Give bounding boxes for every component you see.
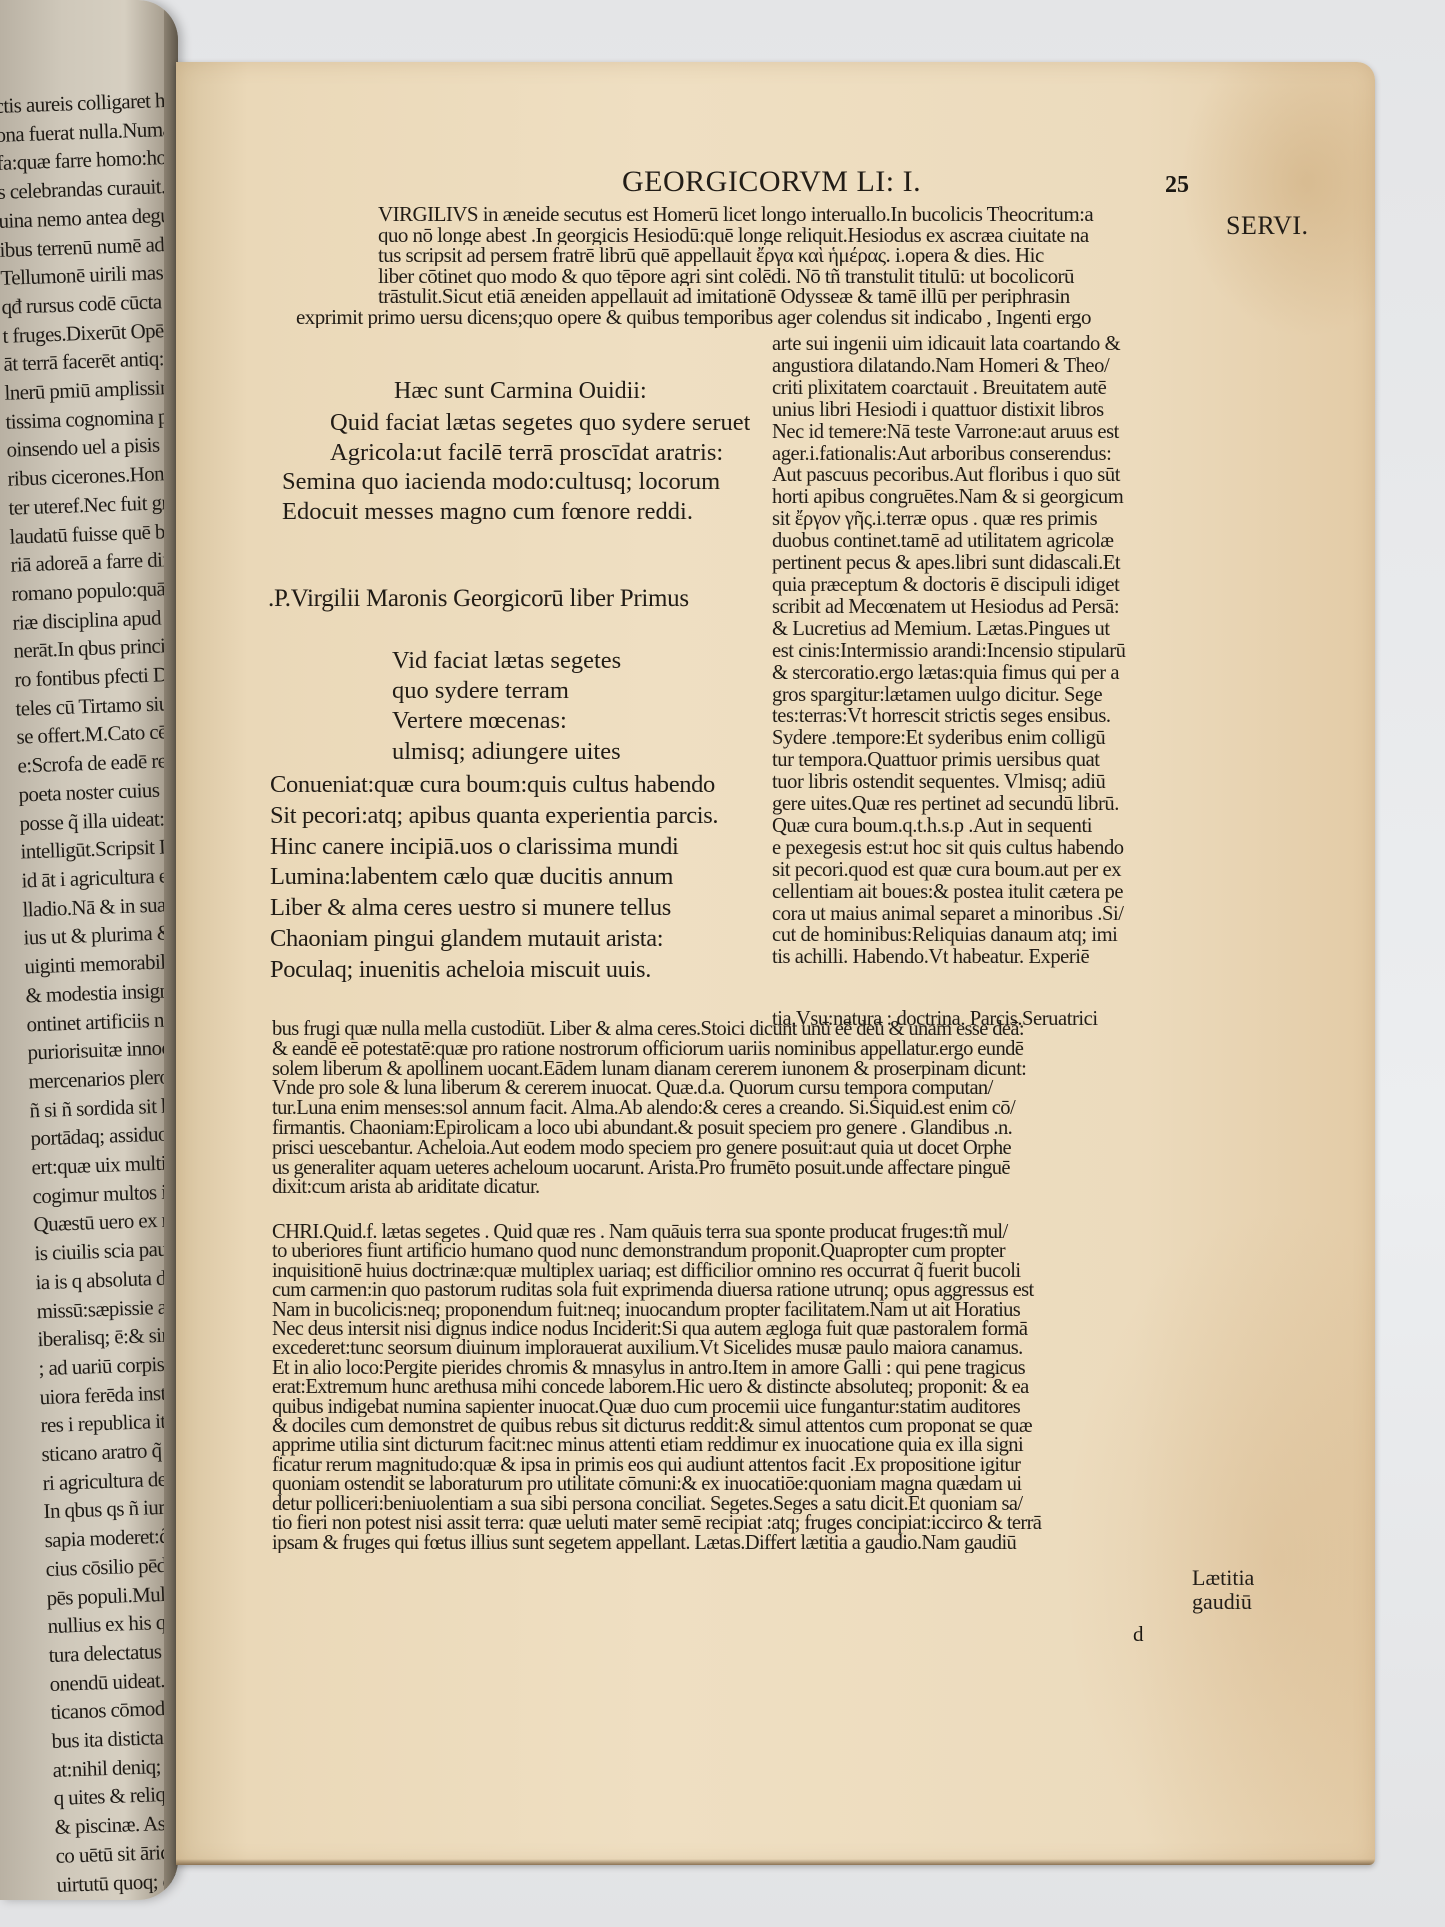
georgics-verse: Conueniat:quæ cura boum:quis cultus habe… (270, 770, 718, 986)
page-edge (176, 1859, 1375, 1865)
text-line: sit ἔργον γῆς.i.terræ opus . quæ res pri… (772, 509, 1188, 531)
verse-line: Vid faciat lætas segetes (392, 646, 621, 676)
text-line: unius libri Hesiodi i quattuor distixit … (772, 400, 1188, 422)
text-line: res i republica itegros pdu (40, 1405, 178, 1440)
text-line: dixit:cum arista ab ariditate dicatur. (272, 1178, 1188, 1198)
text-line: & dociles cum demonstret de quibus rebus… (272, 1417, 1188, 1436)
text-line: & Lucretius ad Memium. Lætas.Pingues ut (772, 619, 1188, 641)
text-line: Quæ cura boum.q.t.h.s.p .Aut in sequenti (772, 816, 1188, 838)
text-line: nullius ex his q uiuūt uīt (47, 1606, 178, 1641)
commentary-bottom: bus frugi quæ nulla mella custodiūt. Lib… (272, 1020, 1188, 1198)
text-line: erat:Extremum hunc arethusa mihi concede… (272, 1378, 1188, 1397)
margin-note-line: Lætitia (1192, 1566, 1254, 1590)
text-line: tura delectatus sit ut pdīs (48, 1634, 178, 1669)
text-line: tio fieri non potest nisi assit terra: q… (272, 1514, 1188, 1533)
text-line: & eandē eē potestatē:quæ pro ratione nos… (272, 1040, 1188, 1060)
text-line: ri agricultura delectati sūt (42, 1462, 178, 1497)
text-line: ipsam & fruges qui fœtus illius sunt seg… (272, 1534, 1188, 1553)
text-line: e pexegesis est:ut hoc sit quis cultus h… (772, 838, 1188, 860)
text-line: bus frugi quæ nulla mella custodiūt. Lib… (272, 1020, 1188, 1040)
verse-opening: Vid faciat lætas segetes quo sydere terr… (392, 646, 621, 767)
text-line: solem liberum & apollinem uocant.Eādem l… (272, 1060, 1188, 1080)
text-line: onendū uideat.Nā & ulla (49, 1663, 178, 1698)
text-line: angustiora dilatando.Nam Homeri & Theo/ (772, 356, 1188, 378)
text-line: ia is q absoluta doctria ca (35, 1261, 178, 1296)
text-line: tur tempora.Quattuor primis uersibus qua… (772, 750, 1188, 772)
text-line: ager.i.fationalis:Aut arboribus conseren… (772, 444, 1188, 466)
text-line: ficatur rerum magnitudo:quæ & ipsa in pr… (272, 1456, 1188, 1475)
text-line: to uberiores fiunt artificio humano quod… (272, 1242, 1188, 1261)
text-line: firmantis. Chaoniam:Epirolicam a loco ub… (272, 1119, 1188, 1139)
text-line: est cinis:Intermissio arandi:Incensio st… (772, 641, 1188, 663)
text-line: ; ad uariū corpis cultū pti (38, 1348, 178, 1383)
text-line: Et in alio loco:Pergite pierides chromis… (272, 1359, 1188, 1378)
verse-line: Sit pecori:atq; apibus quanta experienti… (270, 801, 718, 832)
commentary-line: VIRGILIVS in æneide secutus est Homerū l… (378, 204, 1174, 225)
text-line: Nec id temere:Nā teste Varrone:aut aruus… (772, 422, 1188, 444)
text-line: apprime utilia sint dicturum facit:nec m… (272, 1436, 1188, 1455)
text-line: & piscinæ. Assūt q aqlibus (54, 1807, 178, 1842)
margin-note-laetitia: Lætitia gaudiū (1192, 1566, 1254, 1614)
text-line: sapia moderet:q̃uis cūcti (44, 1520, 178, 1555)
text-line: at:nihil deniq; ñ optie ei re (52, 1749, 178, 1784)
verse-line: ulmisq; adiungere uites (392, 737, 621, 767)
commentary-line: trāstulit.Sicut etiā æneiden appellauit … (378, 286, 1174, 307)
text-line: excederet:tunc seorsum diuinum imploraue… (272, 1339, 1188, 1358)
text-line: bus ita disticta sit eaq uenu (51, 1720, 178, 1755)
running-head: GEORGICORVM LI: I. (622, 165, 921, 199)
text-line: cora ut maius animal separet a minoribus… (772, 904, 1188, 926)
text-line: horti apibus congruētes.Nam & si georgic… (772, 487, 1188, 509)
commentary-line: exprimit primo uersu dicens;quo opere & … (296, 307, 1174, 328)
margin-note-line: gaudiū (1192, 1590, 1254, 1614)
text-line: ticanos cōmodissime rurat (50, 1692, 178, 1727)
text-line: criti plixitatem coarctauit . Breuitatem… (772, 378, 1188, 400)
text-line: quia præceptum & doctoris ē discipuli id… (772, 575, 1188, 597)
text-line: tis achilli. Habendo.Vt habeatur. Experi… (772, 947, 1188, 969)
text-line: cum carmen:in quo pastorum ruditas sola … (272, 1281, 1188, 1300)
commentary-line: liber cōtinet quo modo & quo tēpore agri… (378, 266, 1174, 287)
text-line: iberalisq; ē:& sine cuiusq (37, 1319, 178, 1354)
text-line: Sydere .tempore:Et syderibus enim collig… (772, 728, 1188, 750)
text-line: CHRI.Quid.f. lætas segetes . Quid quæ re… (272, 1223, 1188, 1242)
verse-line: Poculaq; inuenitis acheloia miscuit uuis… (270, 955, 718, 986)
text-line: sit pecori.quod est quæ cura boum.aut pe… (772, 860, 1188, 882)
text-line: quoniam ostendit se laboraturum pro util… (272, 1475, 1188, 1494)
signature-mark: d (1133, 1622, 1144, 1647)
text-line: & modestia insignes cēnt ui (25, 975, 178, 1010)
book-title: .P.Virgilii Maronis Georgicorū liber Pri… (268, 585, 689, 613)
ovid-line: Edocuit messes magno cum fœnore reddi. (282, 497, 750, 527)
servius-commentary-top: VIRGILIVS in æneide secutus est Homerū l… (378, 204, 1174, 328)
text-line: ert:quæ uix multis annis (31, 1147, 178, 1182)
text-line: q uites & reliqs arbores mu (53, 1778, 178, 1813)
text-line: mercenarios plerosq; quæ (28, 1061, 178, 1096)
verse-line: quo sydere terram (392, 676, 621, 706)
text-line: quibus indigebat numina sapienter inuoca… (272, 1398, 1188, 1417)
commentary-line: quo nō longe abest .In georgicis Hesiodū… (378, 225, 1174, 246)
text-line: duobus continet.tamē ad utilitatem agric… (772, 531, 1188, 553)
text-line: prisci uescebantur. Acheloia.Aut eodem m… (272, 1139, 1188, 1159)
text-line: Vnde pro sole & luna liberum & cererem i… (272, 1079, 1188, 1099)
text-line: cellentiam ait boues:& postea itulit cæt… (772, 882, 1188, 904)
verse-line: Hinc canere incipiā.uos o clarissima mun… (270, 832, 718, 863)
text-line: pertinent pecus & apes.libri sunt didasc… (772, 553, 1188, 575)
text-line: cut de hominibus:Reliquias danaum atq; i… (772, 925, 1188, 947)
ovid-line: Quid faciat lætas segetes quo sydere ser… (330, 408, 750, 438)
verse-line: Liber & alma ceres uestro si munere tell… (270, 893, 718, 924)
ovid-heading: Hæc sunt Carmina Ouidii: (394, 378, 647, 405)
text-line: scribit ad Mecœnatem ut Hesiodus ad Pers… (772, 597, 1188, 619)
text-line: In qbus qs ñ iure Laurētiū (43, 1491, 178, 1526)
text-line: sticano aratro q̃ a ciuili de (41, 1434, 178, 1469)
text-line: gere uites.Quæ res pertinet ad secundū l… (772, 794, 1188, 816)
text-line: uiora ferēda instituit.Inui (39, 1376, 178, 1411)
verse-line: Vertere mœcenas: (392, 706, 621, 736)
text-line: Nam in bucolicis:neq; proponendum fuit:n… (272, 1301, 1188, 1320)
text-line: tur.Luna enim menses:sol annum facit. Al… (272, 1099, 1188, 1119)
text-line: cius cōsilio pēdeat:quātu (45, 1548, 178, 1583)
ovid-line: Semina quo iacienda modo:cultusq; locoru… (282, 467, 750, 497)
text-line: tes:terras:Vt horrescit strictis seges e… (772, 706, 1188, 728)
margin-note-servius: SERVI. (1226, 214, 1309, 238)
text-line: Nec deus intersit nisi dignus indice nod… (272, 1320, 1188, 1339)
commentary-right-column: arte sui ingenii uim idicauit lata coart… (772, 334, 1188, 969)
text-line: is ciuilis scia paucis admo (34, 1233, 178, 1268)
ovid-argument: Quid faciat lætas segetes quo sydere ser… (330, 408, 750, 526)
verse-line: Conueniat:quæ cura boum:quis cultus habe… (270, 770, 718, 801)
ovid-line: Agricola:ut facilē terrā proscīdat aratr… (330, 438, 750, 468)
christophorus-commentary: CHRI.Quid.f. lætas segetes . Quid quæ re… (272, 1223, 1188, 1553)
text-line: detur polliceri:beniuolentiam a sua sibi… (272, 1495, 1188, 1514)
text-line: us generaliter aquam ueteres acheloum uo… (272, 1159, 1188, 1179)
verse-line: Chaoniam pingui glandem mutauit arista: (270, 924, 718, 955)
text-line: tuor libris ostendit sequentes. Vlmisq; … (772, 772, 1188, 794)
text-line: inquisitionē huius doctrinæ:quæ multiple… (272, 1262, 1188, 1281)
text-line: gros spargitur:lætamen uulgo dicitur. Se… (772, 685, 1188, 707)
verse-line: Lumina:labentem cælo quæ ducitis annum (270, 862, 718, 893)
left-page-text: ctis aureis colligaret humoona fuerat nu… (0, 85, 178, 1900)
folio-number: 25 (1165, 172, 1189, 199)
text-line: Aut pascuus pecoribus.Aut floribus i quo… (772, 465, 1188, 487)
text-line: co uētū sit āriqs uillar uet (55, 1835, 178, 1870)
text-line: arte sui ingenii uim idicauit lata coart… (772, 334, 1188, 356)
commentary-line: tus scripsit ad persem fratrē librū quē … (378, 245, 1174, 266)
left-facing-page: ctis aureis colligaret humoona fuerat nu… (0, 0, 178, 1900)
text-line: & stercoratio.ergo lætas:quia fimus qui … (772, 663, 1188, 685)
